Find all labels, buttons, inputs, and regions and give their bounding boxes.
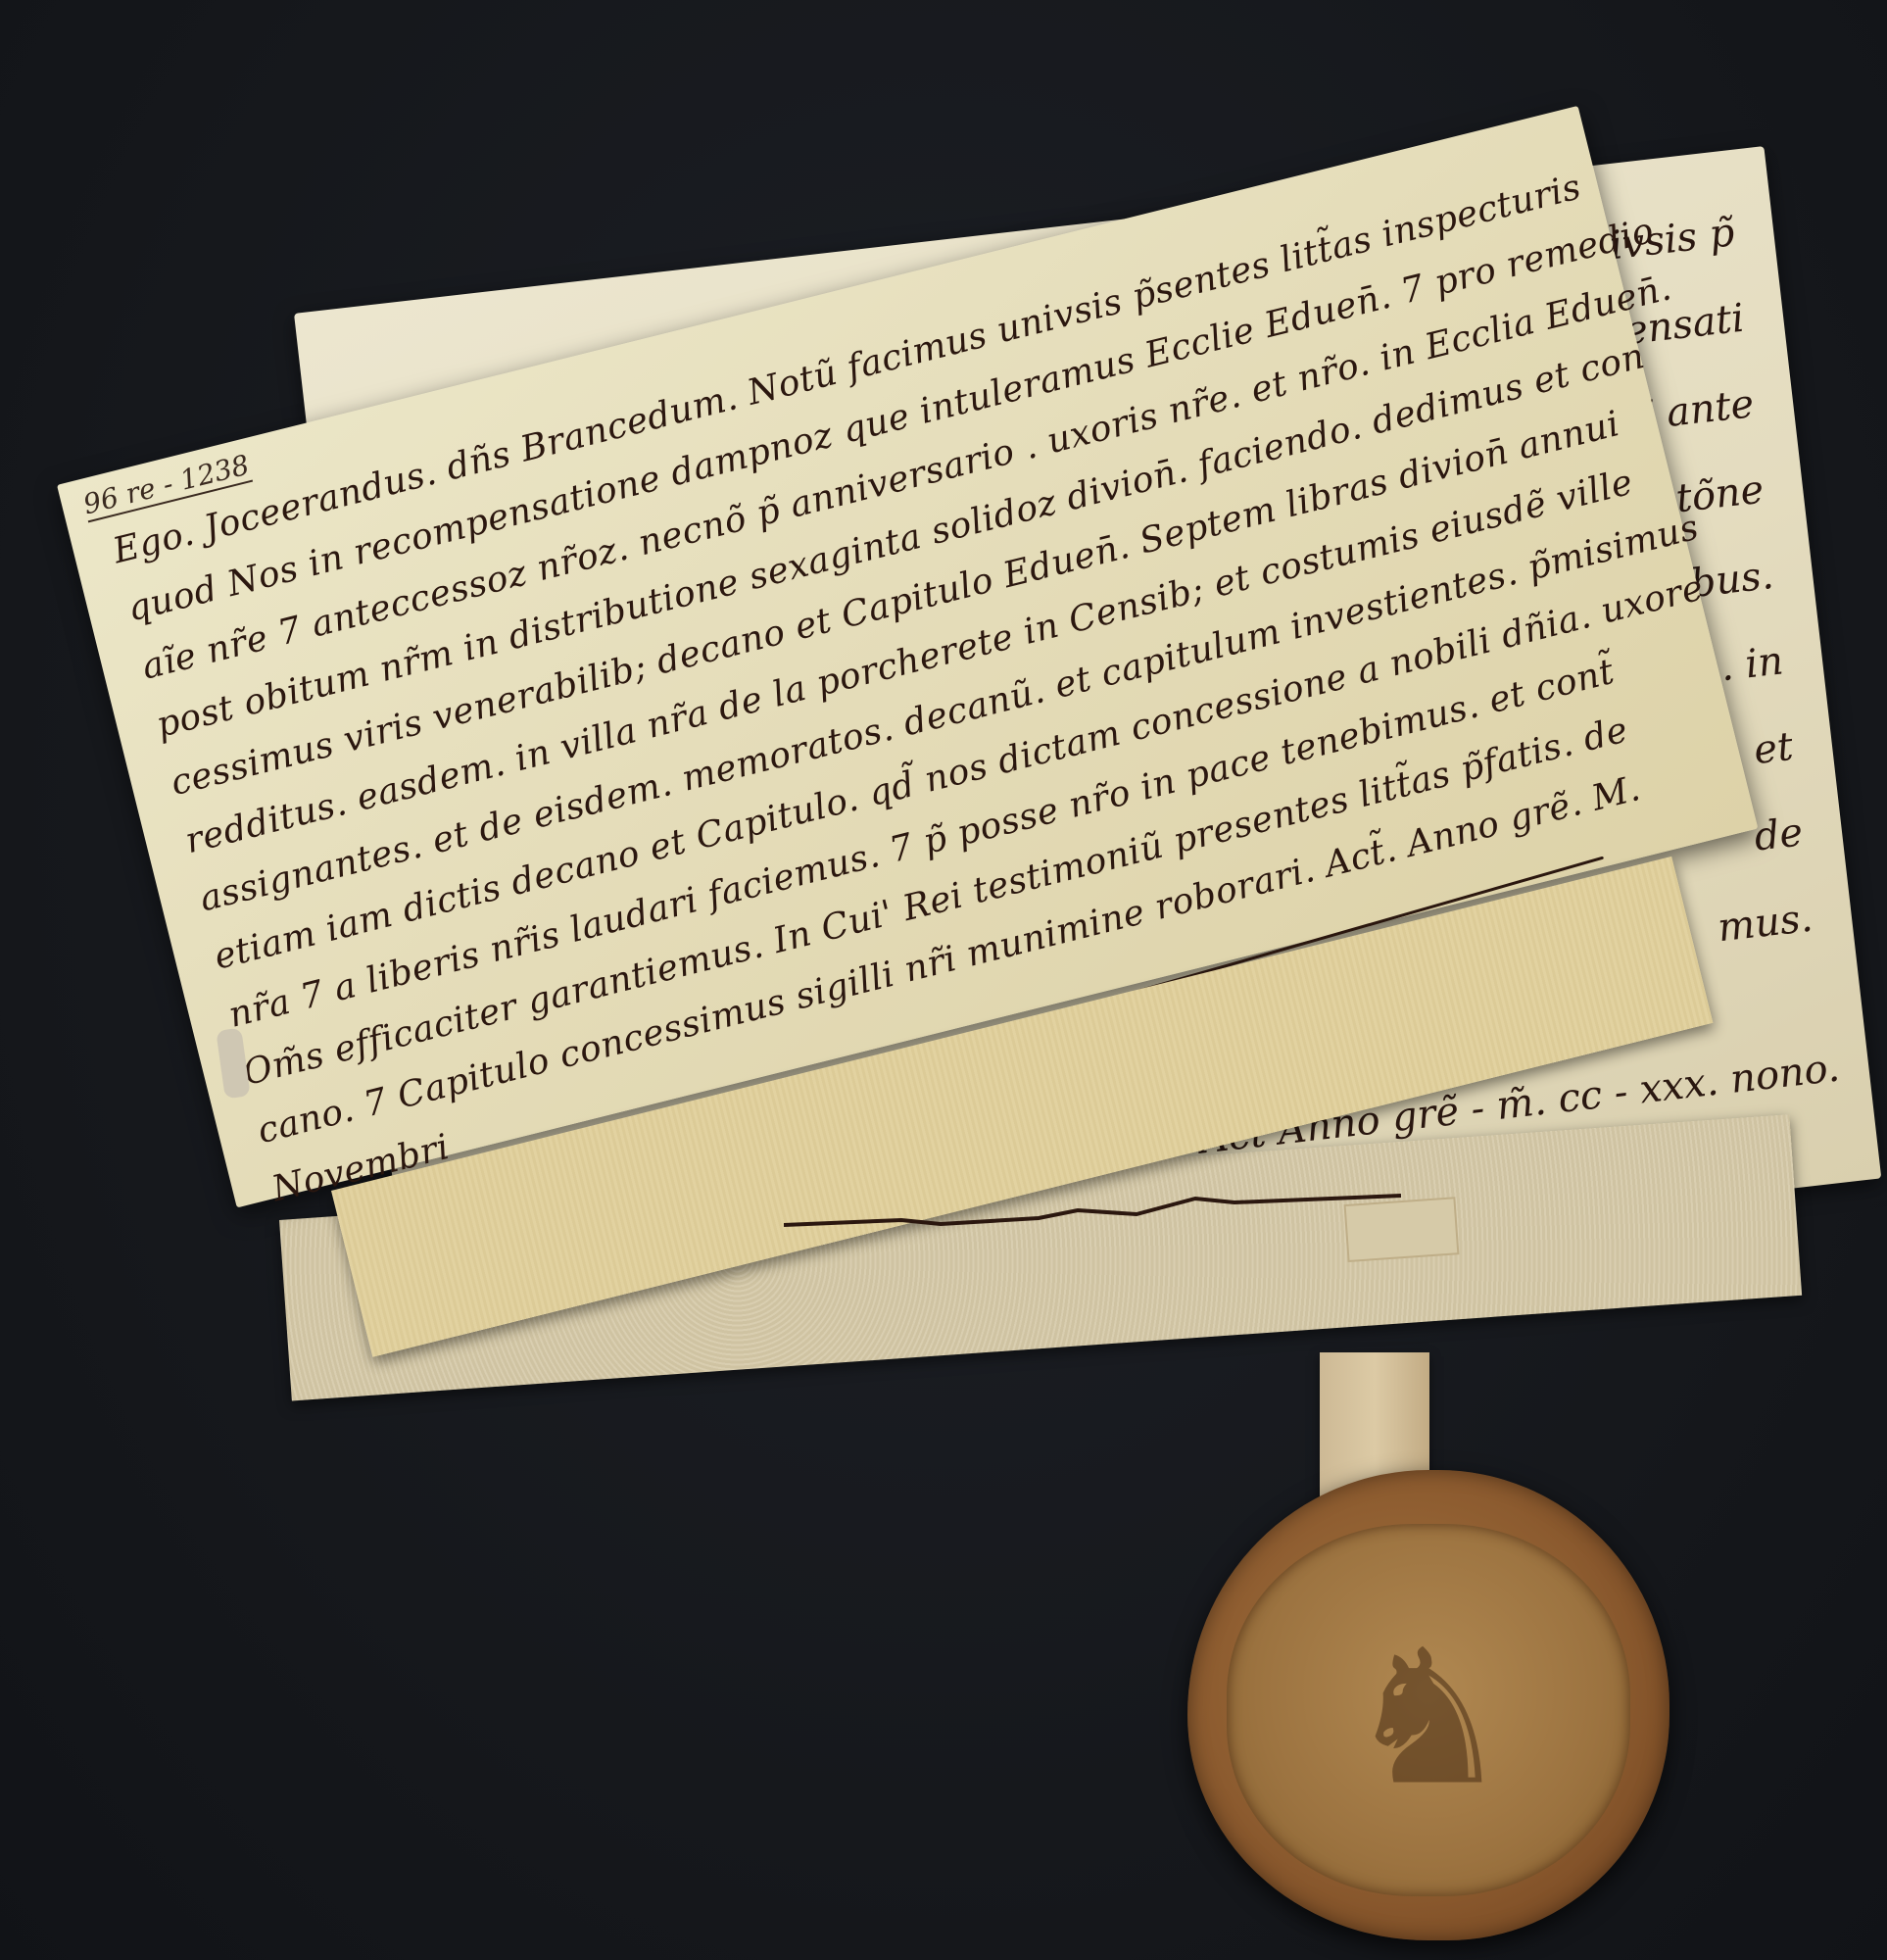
equestrian-figure-icon: ♞: [1345, 1609, 1512, 1826]
ink-stroke-decoration: [784, 1191, 1401, 1230]
wax-seal: ♞: [1187, 1470, 1669, 1940]
seal-impression: ♞: [1227, 1524, 1630, 1896]
